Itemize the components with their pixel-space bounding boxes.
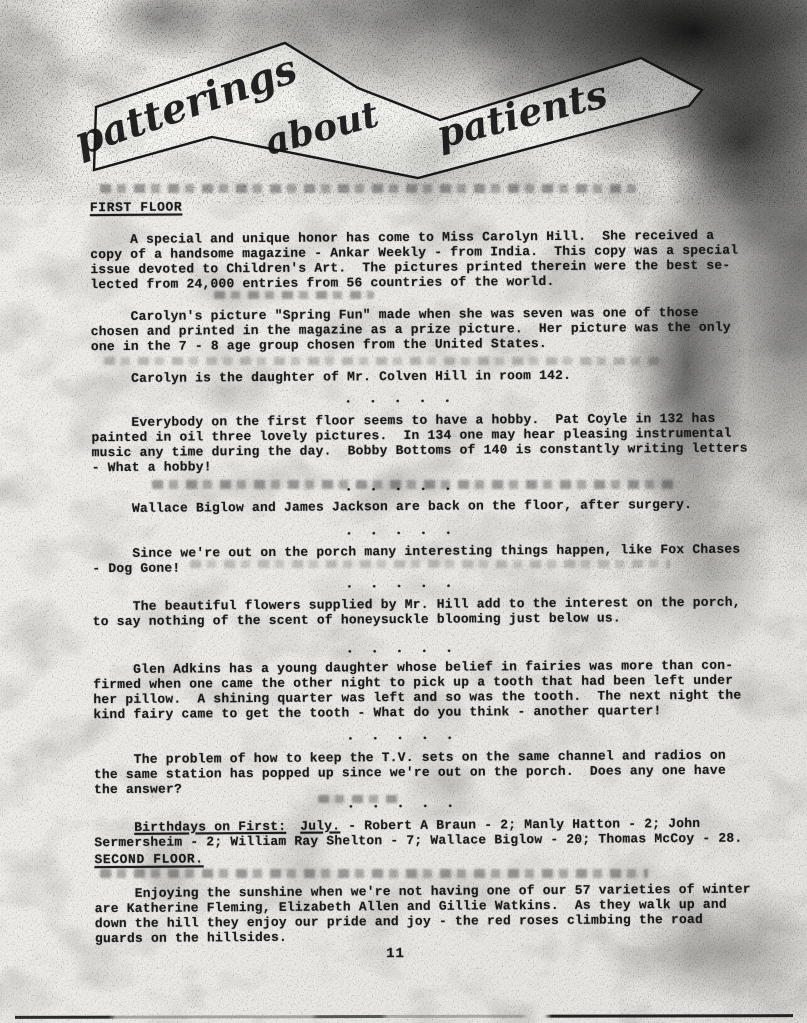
- section-separator: • • • • •: [92, 484, 712, 497]
- paragraph-tooth-fairy: Glen Adkins has a young daughter whose b…: [93, 657, 773, 722]
- section-separator: • • • • •: [94, 801, 714, 814]
- section-separator: • • • • •: [93, 646, 713, 659]
- paragraph-surgery: Wallace Biglow and James Jackson are bac…: [92, 496, 772, 516]
- paragraph-tv-problem: The problem of how to keep the T.V. sets…: [94, 747, 774, 797]
- birthdays-month: July.: [300, 818, 340, 833]
- newsletter-body: FIRST FLOOR A special and unique honor h…: [0, 0, 807, 1023]
- page-number: 11: [386, 947, 405, 962]
- section-separator: • • • • •: [94, 733, 714, 746]
- paragraph-sunshine: Enjoying the sunshine when we're not hav…: [95, 881, 775, 946]
- paragraph-honor: A special and unique honor has come to M…: [90, 227, 770, 292]
- paragraph-flowers: The beautiful flowers supplied by Mr. Hi…: [93, 594, 773, 629]
- section-separator: • • • • •: [92, 528, 712, 541]
- paragraph-porch: Since we're out on the porch many intere…: [92, 541, 772, 576]
- scanned-newsletter-page: patterings about patients FIRST FLOOR A …: [0, 0, 807, 1023]
- first-floor-heading: FIRST FLOOR: [90, 200, 183, 216]
- paragraph-hobbies: Everybody on the first floor seems to ha…: [91, 410, 771, 475]
- section-separator: • • • • •: [91, 396, 711, 409]
- second-floor-heading: SECOND FLOOR.: [94, 851, 203, 867]
- paragraph-birthdays: Birthdays on First:July.- Robert A Braun…: [94, 815, 774, 850]
- paragraph-daughter: Carolyn is the daughter of Mr. Colven Hi…: [91, 366, 771, 386]
- paragraph-prize-picture: Carolyn's picture "Spring Fun" made when…: [91, 304, 771, 354]
- section-separator: • • • • •: [93, 581, 713, 594]
- birthdays-label: Birthdays on First:: [134, 819, 286, 835]
